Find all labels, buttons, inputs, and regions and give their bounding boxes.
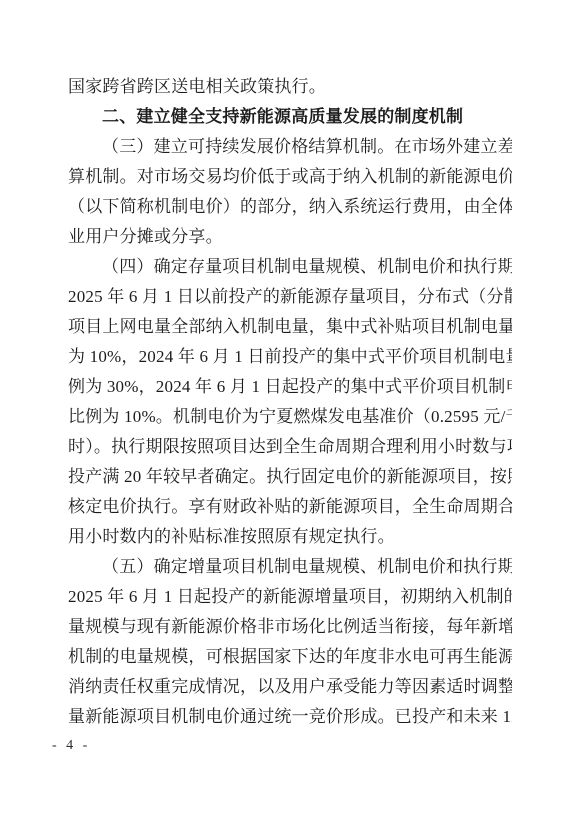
body-line: 量规模与现有新能源价格非市场化比例适当衔接，每年新增纳入 (68, 612, 512, 642)
body-line: 量新能源项目机制电价通过统一竞价形成。已投产和未来 12 个 (68, 702, 512, 732)
body-line: 比例为 10%。机制电价为宁夏燃煤发电基准价（0.2595 元/千瓦 (68, 402, 512, 432)
body-line: （五）确定增量项目机制电量规模、机制电价和执行期限。 (68, 552, 512, 582)
body-line: 项目上网电量全部纳入机制电量，集中式补贴项目机制电量比例 (68, 312, 512, 342)
document-page: 国家跨省跨区送电相关政策执行。 二、建立健全支持新能源高质量发展的制度机制 （三… (0, 0, 580, 816)
body-line: 例为 30%，2024 年 6 月 1 日起投产的集中式平价项目机制电量 (68, 372, 512, 402)
body-line: 用小时数内的补贴标准按照原有规定执行。 (68, 522, 512, 552)
body-line: 2025 年 6 月 1 日起投产的新能源增量项目，初期纳入机制的电 (68, 582, 512, 612)
body-line: 消纳责任权重完成情况，以及用户承受能力等因素适时调整。增 (68, 672, 512, 702)
body-line: 业用户分摊或分享。 (68, 222, 512, 252)
body-line: （三）建立可持续发展价格结算机制。在市场外建立差价结 (68, 132, 512, 162)
body-line: 2025 年 6 月 1 日以前投产的新能源存量项目，分布式（分散式） (68, 282, 512, 312)
page-number: - 4 - (52, 735, 90, 757)
body-line: 机制的电量规模，可根据国家下达的年度非水电可再生能源电力 (68, 642, 512, 672)
section-heading: 二、建立健全支持新能源高质量发展的制度机制 (68, 102, 512, 132)
body-line: 投产满 20 年较早者确定。执行固定电价的新能源项目，按照原 (68, 462, 512, 492)
body-line: 核定电价执行。享有财政补贴的新能源项目，全生命周期合理利 (68, 492, 512, 522)
body-line: （四）确定存量项目机制电量规模、机制电价和执行期限。 (68, 252, 512, 282)
body-line: 国家跨省跨区送电相关政策执行。 (68, 72, 512, 102)
body-line: 时）。执行期限按照项目达到全生命周期合理利用小时数与项目 (68, 432, 512, 462)
body-line: 为 10%，2024 年 6 月 1 日前投产的集中式平价项目机制电量比 (68, 342, 512, 372)
body-line: 算机制。对市场交易均价低于或高于纳入机制的新能源电价水平 (68, 162, 512, 192)
body-line: （以下简称机制电价）的部分，纳入系统运行费用，由全体工商 (68, 192, 512, 222)
document-body: 国家跨省跨区送电相关政策执行。 二、建立健全支持新能源高质量发展的制度机制 （三… (68, 72, 512, 732)
